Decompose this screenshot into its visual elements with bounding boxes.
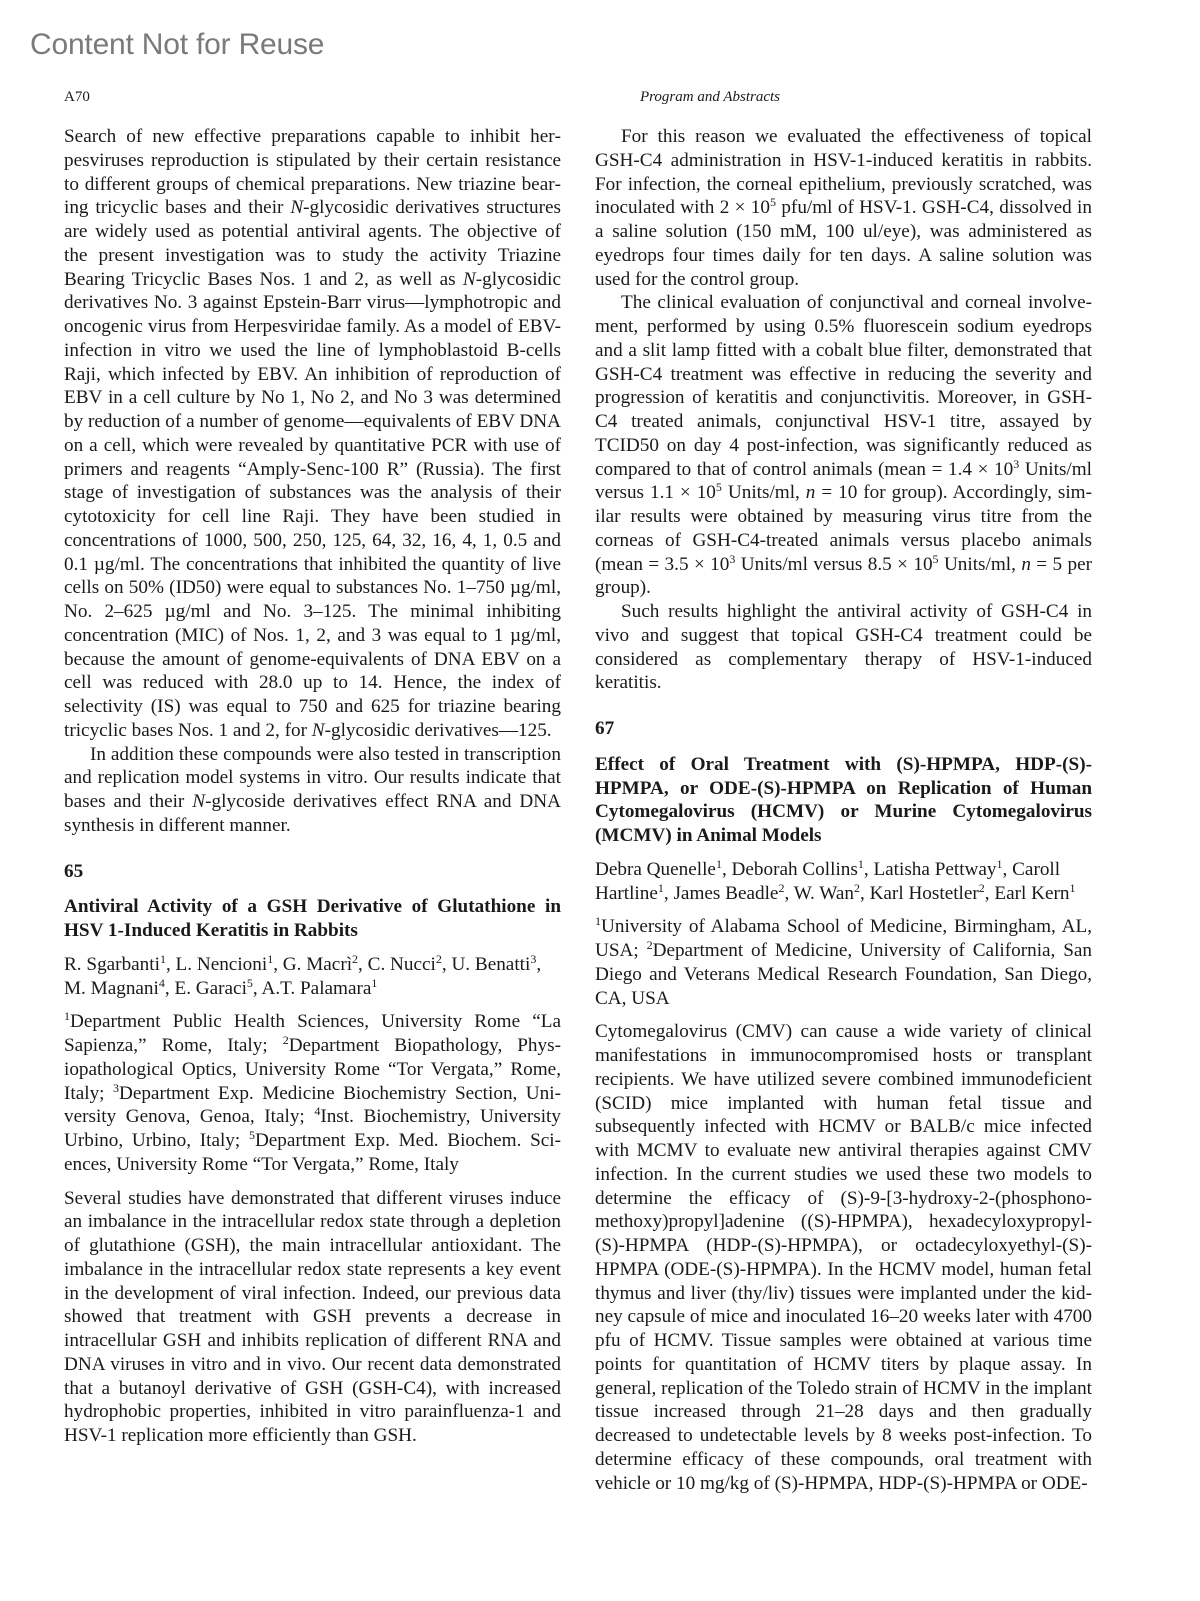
author-affiliation-marker: 4 (159, 976, 165, 990)
abstract-65-authors: R. Sgarbanti1, L. Nencioni1, G. Macrì2, … (64, 953, 561, 1001)
author-affiliation-marker: 1 (371, 976, 377, 990)
italic-n: N (290, 197, 303, 218)
author-name: Latisha Pettway (873, 859, 996, 880)
italic-n: n (1021, 554, 1031, 575)
italic-n: N (312, 720, 325, 741)
right-column: For this reason we evaluated the effecti… (595, 125, 1092, 1495)
abstract-64-paragraph-1: Search of new effective preparations cap… (64, 125, 561, 743)
author-name: A.T. Palamara (261, 978, 371, 999)
author-name: Deborah Collins (732, 859, 858, 880)
text-run: The clinical evaluation of conjunctival … (595, 292, 1092, 479)
abstract-67-body: Cytomegalovirus (CMV) can cause a wide v… (595, 1020, 1092, 1495)
text-run: -glycosidic derivatives—125. (325, 720, 552, 741)
author-affiliation-marker: 1 (716, 857, 722, 871)
running-head: A70 Program and Abstracts (64, 89, 1092, 111)
author-affiliation-marker: 2 (778, 881, 784, 895)
author-affiliation-marker: 1 (858, 857, 864, 871)
author-name: R. Sgarbanti (64, 954, 160, 975)
author-name: W. Wan (794, 883, 854, 904)
text-run: Units/ml, (722, 482, 806, 503)
abstract-65-paragraph-2: For this reason we evaluated the effecti… (595, 125, 1092, 291)
author-name: Debra Quenelle (595, 859, 716, 880)
author-affiliation-marker: 2 (436, 952, 442, 966)
abstract-67-authors: Debra Quenelle1, Deborah Collins1, Latis… (595, 858, 1092, 906)
journal-title: Program and Abstracts (64, 89, 780, 106)
author-affiliation-marker: 1 (267, 952, 273, 966)
abstract-67-number: 67 (595, 717, 1092, 741)
author-affiliation-marker: 1 (1070, 881, 1076, 895)
author-affiliation-marker: 2 (352, 952, 358, 966)
author-affiliation-marker: 1 (658, 881, 664, 895)
italic-n: n (806, 482, 816, 503)
author-name: E. Garaci (174, 978, 246, 999)
author-affiliation-marker: 1 (997, 857, 1003, 871)
abstract-65-affiliations: 1Department Public Health Sciences, Univ… (64, 1010, 561, 1176)
text-run: -glycosidic derivatives No. 3 against Ep… (64, 269, 561, 741)
author-affiliation-marker: 2 (979, 881, 985, 895)
author-affiliation-marker: 1 (160, 952, 166, 966)
abstract-65-paragraph-4: Such results highlight the antiviral act… (595, 600, 1092, 695)
abstract-65-paragraph-3: The clinical evaluation of conjunctival … (595, 291, 1092, 600)
italic-n: N (463, 269, 476, 290)
text-run: Units/ml versus 8.5 × 10 (735, 554, 932, 575)
abstract-65-body: Several studies have demonstrated that d… (64, 1187, 561, 1448)
abstract-65-title: Antiviral Activity of a GSH Derivative o… (64, 895, 561, 943)
abstract-65-number: 65 (64, 860, 561, 884)
abstract-67-title: Effect of Oral Treatment with (S)-HPMPA,… (595, 753, 1092, 848)
affiliation-text: Department of Medicine, University of Ca… (595, 940, 1092, 1009)
author-affiliation-marker: 5 (247, 976, 253, 990)
abstract-67-affiliations: 1University of Alabama School of Medicin… (595, 915, 1092, 1010)
author-name: U. Benatti (451, 954, 530, 975)
author-name: James Beadle (673, 883, 778, 904)
author-name: Karl Hostetler (870, 883, 979, 904)
italic-n: N (192, 791, 205, 812)
abstract-64-paragraph-2: In addition these compounds were also te… (64, 743, 561, 838)
author-affiliation-marker: 2 (854, 881, 860, 895)
author-name: Earl Kern (994, 883, 1069, 904)
watermark: Content Not for Reuse (30, 28, 324, 62)
left-column: Search of new effective preparations cap… (64, 125, 561, 1448)
author-name: C. Nucci (368, 954, 436, 975)
author-name: L. Nencioni (176, 954, 268, 975)
author-name: G. Macrì (283, 954, 352, 975)
text-run: Units/ml, (939, 554, 1022, 575)
author-affiliation-marker: 3 (530, 952, 536, 966)
author-name: M. Magnani (64, 978, 159, 999)
